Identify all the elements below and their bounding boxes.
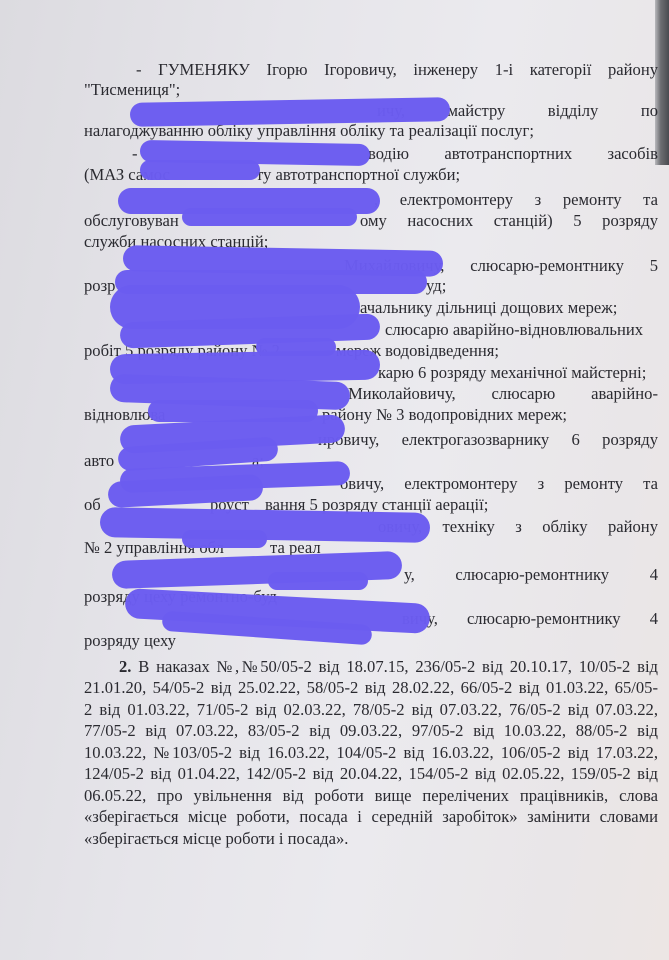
text-line: водію автотранспортних засобів xyxy=(368,144,658,164)
text-line: уд; xyxy=(426,276,669,296)
section-text: В наказах №,№50/05-2 від 18.07.15, 236/0… xyxy=(138,657,658,676)
text-line: овичу, електромонтеру з ремонту та xyxy=(340,474,658,494)
section-2-line: 124/05-2 від 01.04.22, 142/05-2 від 20.0… xyxy=(84,764,658,784)
section-2-line: «зберігається місце роботи і посада». xyxy=(84,829,658,849)
text-line: мереж водовідведення; xyxy=(336,341,669,361)
text-line: ому насосних станцій) 5 розряду xyxy=(360,211,658,231)
text-line: ачальнику дільниці дощових мереж; xyxy=(360,298,669,318)
text-line: - ГУМЕНЯКУ Ігорю Ігоровичу, інженеру 1-і… xyxy=(136,60,658,80)
section-2-line: 2. В наказах №,№50/05-2 від 18.07.15, 23… xyxy=(119,657,658,677)
redaction-mark xyxy=(268,572,368,590)
text-line: карю 6 розряду механічної майстерні; xyxy=(378,363,669,383)
text-line: , електромонтеру з ремонту та xyxy=(374,190,658,210)
section-2-line: 10.03.22, №103/05-2 від 16.03.22, 104/05… xyxy=(84,743,658,763)
section-2-line: 2 від 01.03.22, 71/05-2 від 02.03.22, 78… xyxy=(84,700,658,720)
text-line: ировичу, електрогазозварнику 6 розряду xyxy=(318,430,658,450)
text-line: Миколайовичу, слюсарю аварійно- xyxy=(348,384,658,404)
text-line: слюсарю аварійно-відновлювальних xyxy=(385,320,669,340)
text-line: ту автотранспортної служби; xyxy=(256,165,669,185)
text-line: "Тисмениця"; xyxy=(84,80,658,100)
text-line: вичу, слюсарю-ремонтнику 4 xyxy=(402,609,658,629)
text-line: району № 3 водопровідних мереж; xyxy=(322,405,669,425)
redaction-mark xyxy=(140,160,260,180)
section-2-line: 06.05.22, про увільнення від роботи вище… xyxy=(84,786,658,806)
text-line: у, слюсарю-ремонтнику 4 xyxy=(404,565,658,585)
redaction-mark xyxy=(182,530,267,548)
section-2-line: «зберігається місце роботи, посада і сер… xyxy=(84,807,658,827)
section-2-line: 77/05-2 від 07.03.22, 83/05-2 від 09.03.… xyxy=(84,721,658,741)
document-page: - ГУМЕНЯКУ Ігорю Ігоровичу, інженеру 1-і… xyxy=(0,0,669,960)
section-2-line: 21.01.20, 54/05-2 від 25.02.22, 58/05-2 … xyxy=(84,678,658,698)
section-number: 2. xyxy=(119,657,131,676)
redaction-mark xyxy=(182,208,357,226)
